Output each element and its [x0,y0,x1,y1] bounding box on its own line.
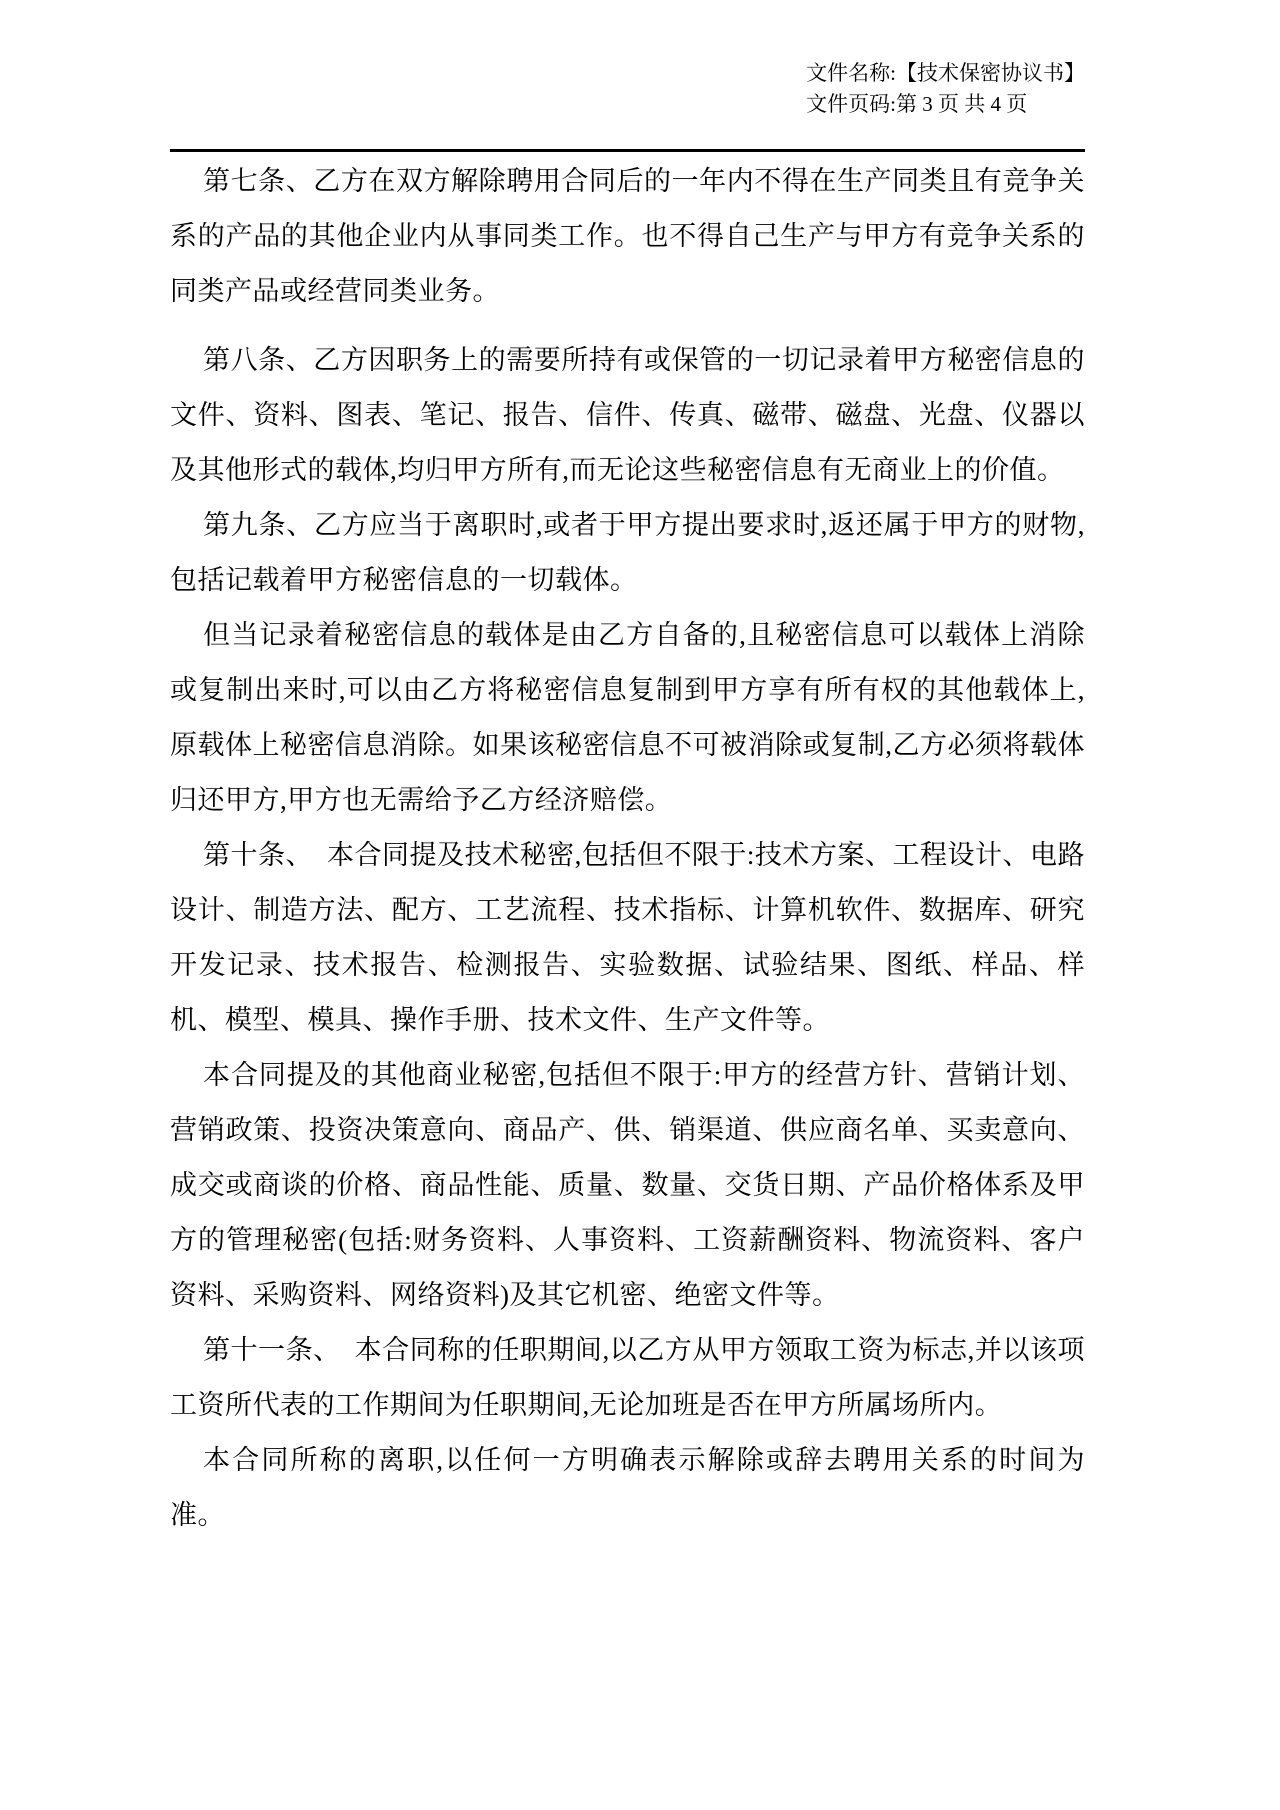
clause-10-paragraph: 第十条、 本合同提及技术秘密,包括但不限于:技术方案、工程设计、电路设计、制造方… [170,828,1085,1048]
clause-9-paragraph: 第九条、乙方应当于离职时,或者于甲方提出要求时,返还属于甲方的财物,包括记载着甲… [170,498,1085,608]
clause-11-paragraph: 第十一条、 本合同称的任职期间,以乙方从甲方领取工资为标志,并以该项工资所代表的… [170,1323,1085,1433]
header-page-number: 文件页码:第 3 页 共 4 页 [806,89,1085,120]
document-header: 文件名称:【技术保密协议书】 文件页码:第 3 页 共 4 页 [806,58,1085,120]
clause-7-paragraph: 第七条、乙方在双方解除聘用合同后的一年内不得在生产同类且有竞争关系的产品的其他企… [170,154,1085,319]
header-file-name: 文件名称:【技术保密协议书】 [806,58,1085,89]
clause-8-paragraph: 第八条、乙方因职务上的需要所持有或保管的一切记录着甲方秘密信息的文件、资料、图表… [170,333,1085,498]
header-divider [170,149,1085,152]
clause-10-supplement-paragraph: 本合同提及的其他商业秘密,包括但不限于:甲方的经营方针、营销计划、营销政策、投资… [170,1048,1085,1323]
clause-9-supplement-paragraph: 但当记录着秘密信息的载体是由乙方自备的,且秘密信息可以载体上消除或复制出来时,可… [170,608,1085,828]
document-body: 第七条、乙方在双方解除聘用合同后的一年内不得在生产同类且有竞争关系的产品的其他企… [170,154,1085,1543]
document-page: 文件名称:【技术保密协议书】 文件页码:第 3 页 共 4 页 第七条、乙方在双… [0,0,1280,1810]
clause-11-supplement-paragraph: 本合同所称的离职,以任何一方明确表示解除或辞去聘用关系的时间为准。 [170,1433,1085,1543]
